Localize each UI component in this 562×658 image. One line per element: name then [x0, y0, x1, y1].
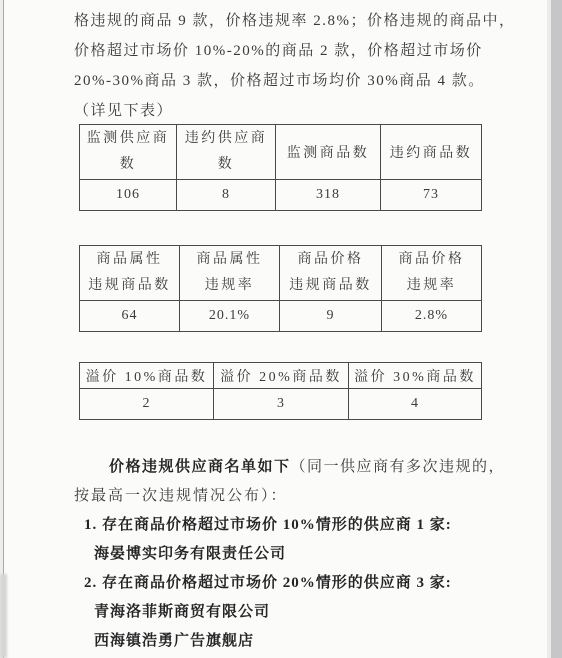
table2-value-row: 64 20.1% 9 2.8%: [80, 301, 482, 332]
company-name-qinghai-luofeisi: 青海洛菲斯商贸有限公司: [94, 602, 270, 622]
table2-header-row: 商品属性 违规商品数 商品属性 违规率 商品价格 违规商品数 商品价格 违规率: [80, 246, 482, 301]
price-violation-rate: 2.8%: [382, 301, 482, 332]
table1-value-row: 106 8 318 73: [80, 180, 482, 211]
supplier-list-heading: 价格违规供应商名单如下（同一供应商有多次违规的，: [109, 457, 505, 477]
monitored-suppliers-count: 106: [80, 180, 177, 211]
intro-line-2: 价格超过市场价 10%-20%的商品 2 款，价格超过市场价: [74, 36, 488, 66]
violating-products-count: 73: [381, 180, 482, 211]
price-violation-products-count: 9: [280, 301, 382, 332]
col-header-attribute-violation-rate: 商品属性 违规率: [180, 246, 280, 301]
attribute-violation-rate: 20.1%: [180, 301, 280, 332]
header-line: 商品属性: [180, 247, 279, 273]
premium-10-products-count: 2: [80, 389, 214, 420]
scanned-document-page: 格违规的商品 9 款，价格违规率 2.8%；价格违规的商品中， 价格超过市场价 …: [0, 0, 562, 658]
header-line: 监测供应商: [80, 126, 176, 152]
header-line: 数: [80, 152, 176, 178]
table3-value-row: 2 3 4: [80, 389, 482, 420]
attribute-price-violation-table: 商品属性 违规商品数 商品属性 违规率 商品价格 违规商品数 商品价格 违规率 …: [79, 245, 482, 332]
company-name-haiyan-boshi: 海晏博实印务有限责任公司: [94, 544, 286, 564]
col-header-premium-30: 溢价 30%商品数: [349, 363, 482, 389]
header-line: 违规率: [180, 273, 279, 299]
monitoring-summary-table: 监测供应商 数 违约供应商 数 监测商品数 违约商品数 106 8 318 73: [79, 124, 482, 211]
table1-header-row: 监测供应商 数 违约供应商 数 监测商品数 违约商品数: [80, 125, 482, 180]
supplier-list-heading-paren: （同一供应商有多次违规的，: [291, 459, 506, 475]
header-line: 违规商品数: [80, 273, 179, 299]
monitored-products-count: 318: [276, 180, 381, 211]
scan-right-edge: [551, 0, 562, 658]
header-line: 商品价格: [280, 247, 381, 273]
col-header-violating-products: 违约商品数: [381, 125, 482, 180]
premium-20-products-count: 3: [214, 389, 349, 420]
col-header-violating-suppliers: 违约供应商 数: [177, 125, 276, 180]
header-line: 违规率: [382, 273, 481, 299]
header-line: 商品属性: [80, 247, 179, 273]
col-header-monitored-products: 监测商品数: [276, 125, 381, 180]
intro-paragraph: 格违规的商品 9 款，价格违规率 2.8%；价格违规的商品中， 价格超过市场价 …: [74, 6, 488, 126]
scan-left-edge-line: [3, 0, 4, 658]
scan-left-smudge: [0, 574, 7, 658]
col-header-premium-20: 溢价 20%商品数: [214, 363, 349, 389]
col-header-premium-10: 溢价 10%商品数: [80, 363, 214, 389]
supplier-list-heading-bold: 价格违规供应商名单如下: [109, 459, 291, 475]
intro-line-3: 20%-30%商品 3 款，价格超过市场均价 30%商品 4 款。: [74, 66, 488, 96]
see-table-note: （详见下表）: [74, 96, 488, 126]
header-line: 商品价格: [382, 247, 481, 273]
company-name-xihaizhen-haoyong: 西海镇浩勇广告旗舰店: [94, 631, 254, 651]
violation-item-1-label: 1. 存在商品价格超过市场价 10%情形的供应商 1 家:: [84, 515, 452, 535]
header-line: 违约供应商: [177, 126, 275, 152]
attribute-violation-products-count: 64: [80, 301, 180, 332]
col-header-monitored-suppliers: 监测供应商 数: [80, 125, 177, 180]
premium-30-products-count: 4: [349, 389, 482, 420]
table3-header-row: 溢价 10%商品数 溢价 20%商品数 溢价 30%商品数: [80, 363, 482, 389]
violating-suppliers-count: 8: [177, 180, 276, 211]
premium-products-table: 溢价 10%商品数 溢价 20%商品数 溢价 30%商品数 2 3 4: [79, 362, 482, 420]
intro-line-1: 格违规的商品 9 款，价格违规率 2.8%；价格违规的商品中，: [74, 6, 488, 36]
header-line: 数: [177, 152, 275, 178]
supplier-list-heading-line2: 按最高一次违规情况公布）：: [74, 486, 288, 506]
header-line: 违规商品数: [280, 273, 381, 299]
col-header-attribute-violation-count: 商品属性 违规商品数: [80, 246, 180, 301]
violation-item-2-label: 2. 存在商品价格超过市场价 20%情形的供应商 3 家:: [84, 573, 452, 593]
col-header-price-violation-rate: 商品价格 违规率: [382, 246, 482, 301]
col-header-price-violation-count: 商品价格 违规商品数: [280, 246, 382, 301]
